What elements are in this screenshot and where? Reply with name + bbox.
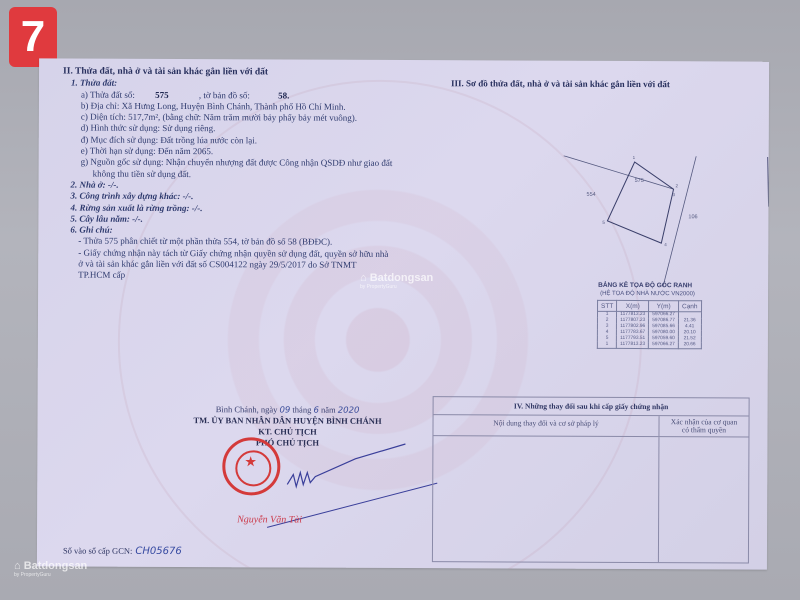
point-label: 5 [602, 220, 605, 225]
coord-header: Cạnh [678, 301, 701, 312]
registry-number: Số vào sổ cấp GCN:CH05676 [63, 546, 182, 558]
coord-table-title: BẢNG KÊ TỌA ĐỘ GÓC RANH [598, 282, 692, 289]
watermark-logo-icon: ⌂ [360, 272, 367, 284]
parcel-number-label: 575 [635, 178, 644, 184]
point-label: 4 [664, 242, 667, 247]
changes-table: IV. Những thay đổi sau khi cấp giấy chứn… [432, 396, 750, 563]
point-label: 3 [673, 192, 676, 197]
issue-month: 6 [313, 406, 318, 416]
watermark-corner: ⌂ Batdongsan by PropertyGuru [14, 560, 87, 578]
section3-title: III. Sơ đồ thửa đất, nhà ở và tài sản kh… [451, 78, 670, 89]
coord-header: STT [598, 300, 617, 311]
issue-day: 09 [279, 405, 290, 415]
issue-year: 2020 [338, 406, 360, 416]
registry-value: CH05676 [135, 546, 181, 557]
north-arrow-icon [766, 156, 768, 207]
table-row: 11177813.23597066.2720.66 [597, 342, 701, 349]
coord-table: STTX(m)Y(m)Cạnh 11177813.23597066.272117… [597, 300, 702, 349]
map-sheet-number: 58. [278, 90, 289, 100]
coord-header: Y(m) [649, 301, 679, 312]
section2-title: II. Thửa đất, nhà ở và tài sản khác gắn … [63, 67, 443, 80]
changes-col-content: Nội dung thay đổi và cơ sở pháp lý [433, 415, 659, 436]
parcel-number-label: a) Thửa đất số: [81, 89, 135, 99]
coord-header: X(m) [617, 300, 649, 311]
point-label: 1 [633, 156, 636, 160]
changes-col-confirmation: Xác nhận của cơ quan có thẩm quyền [659, 416, 748, 436]
point-label: 2 [676, 183, 679, 188]
land-certificate-page: II. Thửa đất, nhà ở và tài sản khác gắn … [37, 58, 769, 569]
changes-content-cell [433, 436, 660, 562]
section4-title: IV. Những thay đổi sau khi cấp giấy chứn… [434, 397, 749, 416]
map-sheet-label: , tờ bản đồ số: [199, 90, 250, 100]
signer-name: Nguyễn Văn Tài [237, 514, 302, 525]
neighbor-right: 106 [688, 214, 697, 220]
registry-label: Số vào sổ cấp GCN: [63, 546, 132, 556]
issuing-org: TM. ỦY BAN NHÂN DÂN HUYỆN BÌNH CHÁNH [178, 415, 398, 427]
coord-table-subtitle: (HỆ TỌA ĐỘ NHÀ NƯỚC VN2000) [600, 291, 695, 297]
section-land-details: II. Thửa đất, nhà ở và tài sản khác gắn … [62, 67, 443, 283]
watermark-center: ⌂ Batdongsan by PropertyGuru [360, 272, 433, 290]
neighbor-left: 554 [587, 192, 596, 198]
land-origin-cont: không thu tiền sử dụng đất. [63, 168, 443, 181]
perennial-trees: 5. Cây lâu năm: -/-. [62, 213, 442, 226]
parcel-sketch: 575 56 554 106 1 2 3 4 5 B [558, 156, 769, 287]
parcel-number: 575 [155, 90, 169, 100]
watermark-logo-icon: ⌂ [14, 560, 21, 572]
